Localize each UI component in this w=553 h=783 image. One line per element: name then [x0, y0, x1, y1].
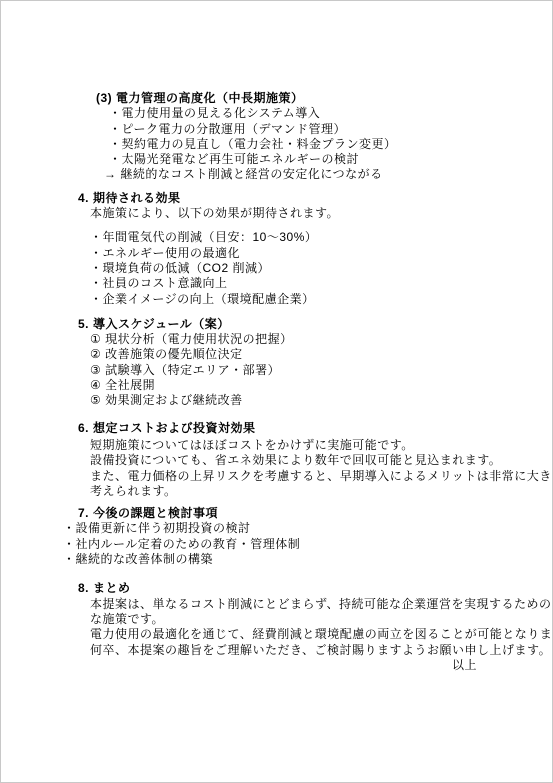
section-5: 5. 導入スケジュール（案） ① 現状分析（電力使用状況の把握） ② 改善施策の… — [1, 317, 552, 409]
section-4-bullet: ・年間電気代の削減（目安：10～30%） — [90, 230, 552, 245]
section-6-title: 想定コストおよび投資対効果 — [93, 421, 256, 436]
section-6-body-line: 設備投資についても、省エネ効果により数年で回収可能と見込まれます。 — [90, 453, 552, 468]
section-8-body-line: 電力使用の最適化を通じて、経費削減と環境配慮の両立を図ることが可能となります。 — [90, 627, 552, 642]
section-8-heading: 8. まとめ — [78, 581, 552, 596]
section-7-bullet: ・設備更新に伴う初期投資の検討 — [63, 521, 552, 536]
section-4-bullet-list: ・年間電気代の削減（目安：10～30%） ・エネルギー使用の最適化 ・環境負荷の… — [1, 230, 552, 306]
section-7: 7. 今後の課題と検討事項 ・設備更新に伴う初期投資の検討 ・社内ルール定着のた… — [1, 506, 552, 567]
subsection-3: (3) 電力管理の高度化（中長期施策） ・電力使用量の見える化システム導入 ・ピ… — [1, 91, 552, 183]
document-content: (3) 電力管理の高度化（中長期施策） ・電力使用量の見える化システム導入 ・ピ… — [1, 1, 552, 673]
section-6-heading: 6. 想定コストおよび投資対効果 — [78, 421, 552, 436]
section-6: 6. 想定コストおよび投資対効果 短期施策についてはほぼコストをかけずに実施可能… — [1, 421, 552, 499]
section-5-step: ② 改善施策の優先順位決定 — [90, 347, 552, 362]
document-closing: 以上 — [1, 658, 477, 673]
subsection-3-arrow-note: → 継続的なコスト削減と経営の安定化につながる — [104, 167, 552, 182]
section-5-step: ④ 全社展開 — [90, 378, 552, 393]
section-5-heading: 5. 導入スケジュール（案） — [78, 317, 552, 332]
section-4: 4. 期待される効果 本施策により、以下の効果が期待されます。 ・年間電気代の削… — [1, 191, 552, 307]
section-6-body-line: 短期施策についてはほぼコストをかけずに実施可能です。 — [90, 438, 552, 453]
subsection-3-bullet: ・契約電力の見直し（電力会社・料金プラン変更） — [109, 137, 552, 152]
section-5-step: ③ 試験導入（特定エリア・部署） — [90, 363, 552, 378]
section-8-body-line: 何卒、本提案の趣旨をご理解いただき、ご検討賜りますようお願い申し上げます。 — [90, 643, 552, 658]
section-8-body-line: な施策です。 — [90, 612, 552, 627]
document-page: (3) 電力管理の高度化（中長期施策） ・電力使用量の見える化システム導入 ・ピ… — [0, 0, 553, 783]
section-6-body-line: 考えられます。 — [90, 484, 552, 499]
section-8-number: 8. — [78, 581, 93, 596]
section-6-number: 6. — [78, 421, 93, 436]
subsection-3-bullet: ・電力使用量の見える化システム導入 — [109, 106, 552, 121]
section-4-heading: 4. 期待される効果 — [78, 191, 552, 206]
section-4-bullet: ・環境負荷の低減（CO2 削減） — [90, 261, 552, 276]
section-7-number: 7. — [78, 506, 93, 521]
section-5-number: 5. — [78, 317, 93, 332]
section-5-step: ① 現状分析（電力使用状況の把握） — [90, 332, 552, 347]
section-7-bullet: ・継続的な改善体制の構築 — [63, 552, 552, 567]
section-6-body: 短期施策についてはほぼコストをかけずに実施可能です。 設備投資についても、省エネ… — [1, 438, 552, 499]
section-6-body-line: また、電力価格の上昇リスクを考慮すると、早期導入によるメリットは非常に大きいと — [90, 469, 552, 484]
section-5-step: ⑤ 効果測定および継続改善 — [90, 393, 552, 408]
subsection-3-bullet: ・ピーク電力の分散運用（デマンド管理） — [109, 122, 552, 137]
section-5-title: 導入スケジュール（案） — [93, 317, 230, 332]
section-4-bullet: ・企業イメージの向上（環境配慮企業） — [90, 292, 552, 307]
section-8-title: まとめ — [93, 581, 131, 596]
section-4-bullet: ・社員のコスト意識向上 — [90, 276, 552, 291]
section-4-bullet: ・エネルギー使用の最適化 — [90, 246, 552, 261]
section-7-bullet: ・社内ルール定着のための教育・管理体制 — [63, 537, 552, 552]
section-8-body-line: 本提案は、単なるコスト削減にとどまらず、持続可能な企業運営を実現するための重要 — [90, 597, 552, 612]
subsection-3-heading: (3) 電力管理の高度化（中長期施策） — [96, 91, 552, 106]
subsection-3-bullet: ・太陽光発電など再生可能エネルギーの検討 — [109, 152, 552, 167]
section-7-heading: 7. 今後の課題と検討事項 — [78, 506, 552, 521]
section-4-intro: 本施策により、以下の効果が期待されます。 — [90, 206, 552, 221]
section-4-number: 4. — [78, 191, 93, 206]
section-8: 8. まとめ 本提案は、単なるコスト削減にとどまらず、持続可能な企業運営を実現す… — [1, 581, 552, 673]
section-7-title: 今後の課題と検討事項 — [93, 506, 218, 521]
section-4-title: 期待される効果 — [93, 191, 181, 206]
